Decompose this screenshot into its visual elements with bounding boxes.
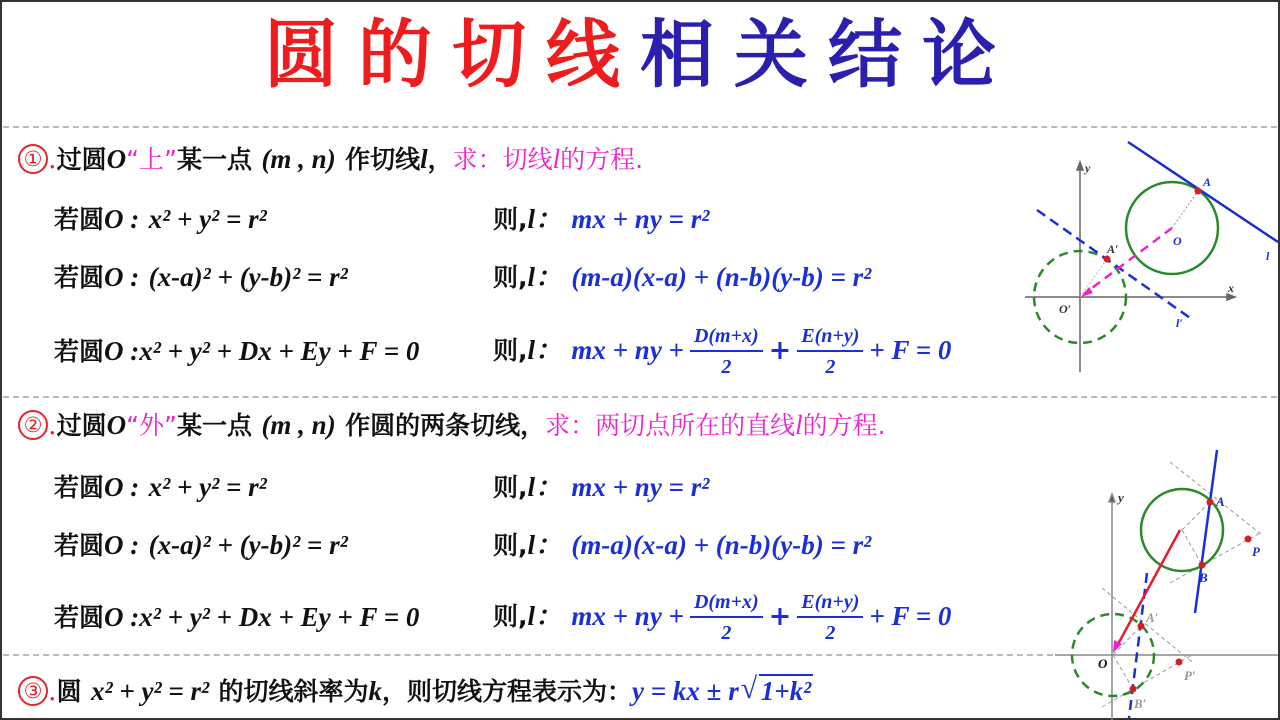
point-mn: (m , n) bbox=[261, 144, 335, 174]
ask-text: 求：切线 bbox=[453, 145, 553, 174]
result-equation: (m-a)(x-a) + (n-b)(y-b) = r² bbox=[571, 530, 871, 560]
frac-numerator: E(n+y) bbox=[797, 588, 863, 618]
divider-middle bbox=[3, 396, 1277, 398]
section2-number: ② bbox=[18, 410, 48, 440]
result-prefix: 则, bbox=[493, 205, 528, 234]
cond-prefix: 若圆 bbox=[54, 205, 104, 234]
frac-denominator: 2 bbox=[797, 352, 863, 382]
result-equation: mx + ny = r² bbox=[571, 472, 709, 502]
number-dot: . bbox=[48, 676, 57, 707]
s1-row1-condition: 若圆O : x² + y² = r² bbox=[54, 202, 267, 237]
cond-prefix: 若圆 bbox=[54, 603, 104, 632]
divider-top bbox=[3, 126, 1277, 128]
s1-row2-condition: 若圆O : (x-a)² + (y-b)² = r² bbox=[54, 260, 348, 295]
heading-text: 作切线 bbox=[345, 145, 420, 174]
section3-number: ③ bbox=[18, 676, 48, 706]
result-equation: mx + ny = r² bbox=[571, 204, 709, 234]
circle-var: O bbox=[107, 144, 127, 174]
fraction-d: D(m+x)2 bbox=[690, 588, 763, 648]
frac-numerator: D(m+x) bbox=[690, 588, 763, 618]
frac-numerator: E(n+y) bbox=[797, 322, 863, 352]
cond-var: O : bbox=[104, 204, 139, 234]
s3-text: 则切线方程表示为： bbox=[407, 677, 632, 706]
frac-denominator: 2 bbox=[690, 618, 763, 648]
frac-numerator: D(m+x) bbox=[690, 322, 763, 352]
number-dot: . bbox=[48, 144, 57, 175]
fraction-e: E(n+y)2 bbox=[797, 588, 863, 648]
s2-row1-result: 则,l： mx + ny = r² bbox=[493, 470, 709, 505]
circle-var: O bbox=[107, 410, 127, 440]
result-start: mx + ny + bbox=[571, 601, 684, 631]
ask-end: 的方程. bbox=[560, 145, 643, 174]
point-mn: (m , n) bbox=[261, 410, 335, 440]
result-prefix: 则, bbox=[493, 263, 528, 292]
line-var: l bbox=[420, 144, 428, 174]
cond-equation: (x-a)² + (y-b)² = r² bbox=[149, 262, 348, 292]
s3-equation: x² + y² = r² bbox=[91, 676, 209, 706]
result-var: l： bbox=[528, 530, 563, 560]
cond-equation: x² + y² = r² bbox=[149, 472, 267, 502]
cond-equation: x² + y² = r² bbox=[149, 204, 267, 234]
result-end: + F = 0 bbox=[869, 335, 951, 365]
result-end: + F = 0 bbox=[869, 601, 951, 631]
ask-var: l bbox=[795, 410, 803, 440]
cond-var: O : bbox=[104, 472, 139, 502]
slope-var: k bbox=[368, 676, 382, 706]
heading-text: 某一点 bbox=[177, 145, 252, 174]
frac-denominator: 2 bbox=[690, 352, 763, 382]
s1-row3-condition: 若圆O :x² + y² + Dx + Ey + F = 0 bbox=[54, 334, 419, 369]
result-var: l： bbox=[528, 472, 563, 502]
result-var: l： bbox=[528, 335, 563, 365]
fraction-d: D(m+x)2 bbox=[690, 322, 763, 382]
cond-prefix: 若圆 bbox=[54, 337, 104, 366]
quote-on: “上” bbox=[126, 145, 177, 174]
s3-result: y = kx ± r bbox=[632, 676, 739, 706]
page-title: 圆的切线相关结论 bbox=[0, 10, 1280, 100]
heading-text: ， bbox=[428, 145, 453, 174]
cond-equation: x² + y² + Dx + Ey + F = 0 bbox=[139, 602, 419, 632]
s2-row3-result: 则,l： mx + ny +D(m+x)2+E(n+y)2+ F = 0 bbox=[493, 576, 951, 657]
cond-var: O : bbox=[104, 530, 139, 560]
ask-end: 的方程. bbox=[803, 411, 886, 440]
result-equation: (m-a)(x-a) + (n-b)(y-b) = r² bbox=[571, 262, 871, 292]
s3-prefix: 圆 bbox=[57, 677, 82, 706]
sqrt-expression: 1+k² bbox=[759, 674, 813, 706]
heading-text: 作圆的两条切线， bbox=[345, 411, 545, 440]
plus-sign: + bbox=[769, 601, 792, 632]
heading-text: 过圆 bbox=[57, 145, 107, 174]
frac-denominator: 2 bbox=[797, 618, 863, 648]
number-dot: . bbox=[48, 410, 57, 441]
result-var: l： bbox=[528, 262, 563, 292]
result-var: l： bbox=[528, 601, 563, 631]
s2-row3-condition: 若圆O :x² + y² + Dx + Ey + F = 0 bbox=[54, 600, 419, 635]
result-var: l： bbox=[528, 204, 563, 234]
heading-text: 过圆 bbox=[57, 411, 107, 440]
result-prefix: 则, bbox=[493, 473, 528, 502]
s1-row1-result: 则,l： mx + ny = r² bbox=[493, 202, 709, 237]
s2-row1-condition: 若圆O : x² + y² = r² bbox=[54, 470, 267, 505]
cond-prefix: 若圆 bbox=[54, 531, 104, 560]
cond-var: O : bbox=[104, 262, 139, 292]
result-prefix: 则, bbox=[493, 336, 528, 365]
fraction-e: E(n+y)2 bbox=[797, 322, 863, 382]
section1-heading: ①.过圆O“上”某一点 (m , n) 作切线l，求：切线l的方程. bbox=[18, 142, 643, 177]
s1-row3-result: 则,l： mx + ny +D(m+x)2+E(n+y)2+ F = 0 bbox=[493, 310, 951, 391]
cond-var: O : bbox=[104, 602, 139, 632]
cond-prefix: 若圆 bbox=[54, 263, 104, 292]
section1-number: ① bbox=[18, 144, 48, 174]
title-red-part: 圆的切线 bbox=[264, 12, 640, 98]
title-blue-part: 相关结论 bbox=[640, 12, 1016, 98]
s1-row2-result: 则,l： (m-a)(x-a) + (n-b)(y-b) = r² bbox=[493, 260, 871, 295]
s2-row2-condition: 若圆O : (x-a)² + (y-b)² = r² bbox=[54, 528, 348, 563]
ask-text: 求：两切点所在的直线 bbox=[545, 411, 795, 440]
plus-sign: + bbox=[769, 335, 792, 366]
divider-bottom bbox=[3, 654, 1053, 656]
cond-var: O : bbox=[104, 336, 139, 366]
result-start: mx + ny + bbox=[571, 335, 684, 365]
section2-heading: ②.过圆O“外”某一点 (m , n) 作圆的两条切线，求：两切点所在的直线l的… bbox=[18, 408, 886, 443]
heading-text: 某一点 bbox=[177, 411, 252, 440]
section3-line: ③.圆 x² + y² = r² 的切线斜率为k，则切线方程表示为：y = kx… bbox=[18, 674, 813, 709]
s3-text: 的切线斜率为 bbox=[218, 677, 368, 706]
quote-outside: “外” bbox=[126, 411, 177, 440]
s2-row2-result: 则,l： (m-a)(x-a) + (n-b)(y-b) = r² bbox=[493, 528, 871, 563]
cond-prefix: 若圆 bbox=[54, 473, 104, 502]
cond-equation: (x-a)² + (y-b)² = r² bbox=[149, 530, 348, 560]
result-prefix: 则, bbox=[493, 531, 528, 560]
cond-equation: x² + y² + Dx + Ey + F = 0 bbox=[139, 336, 419, 366]
result-prefix: 则, bbox=[493, 602, 528, 631]
s3-text: ， bbox=[382, 677, 407, 706]
